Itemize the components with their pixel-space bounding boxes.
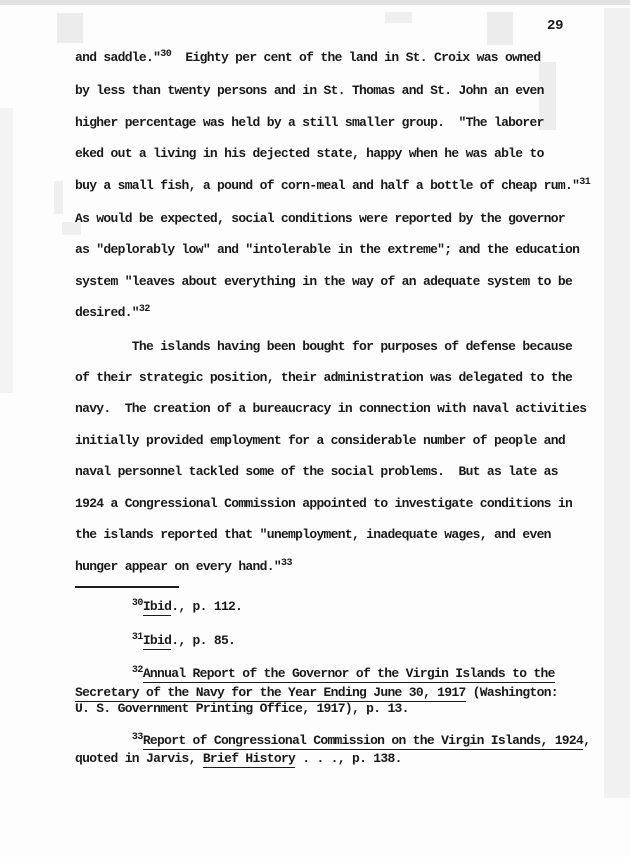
text-segment: ., p. 85. — [171, 633, 235, 648]
text-segment: (Washington: — [466, 685, 558, 700]
text-line: quoted in Jarvis, Brief History . . ., p… — [75, 751, 623, 768]
text-segment: and saddle." — [75, 50, 160, 65]
text-line: higher percentage was held by a still sm… — [75, 107, 615, 138]
scan-artifact — [57, 13, 83, 43]
footnote-entry: 31Ibid., p. 85. — [75, 633, 623, 652]
text-line: navy. The creation of a bureaucracy in c… — [75, 393, 615, 424]
text-line: Secretary of the Navy for the Year Endin… — [75, 685, 623, 702]
footnote-ref: 30 — [160, 49, 171, 60]
underlined-text: Annual Report of the Governor of the Vir… — [143, 666, 555, 683]
text-segment: ., p. 112. — [171, 599, 242, 614]
underlined-text: Ibid — [143, 633, 171, 650]
scan-artifact — [0, 108, 13, 393]
body-text: and saddle."30 Eighty per cent of the la… — [75, 42, 615, 584]
text-segment: navy. The creation of a bureaucracy in c… — [75, 401, 586, 416]
text-segment: system "leaves about everything in the w… — [75, 274, 572, 289]
footnote-ref: 33 — [132, 732, 143, 743]
text-segment: The islands having been bought for purpo… — [75, 339, 572, 354]
text-line: The islands having been bought for purpo… — [75, 331, 615, 362]
footnote-ref: 31 — [579, 177, 590, 188]
text-line: system "leaves about everything in the w… — [75, 266, 615, 297]
footnotes: 30Ibid., p. 112. 31Ibid., p. 85. 32Annua… — [75, 599, 623, 768]
text-line: desired."32 — [75, 297, 615, 330]
text-line: 1924 a Congressional Commission appointe… — [75, 488, 615, 519]
text-line: naval personnel tackled some of the soci… — [75, 456, 615, 487]
text-line: eked out a living in his dejected state,… — [75, 138, 615, 169]
text-segment — [75, 599, 132, 614]
underlined-text: Report of Congressional Commission on th… — [143, 733, 583, 750]
text-segment: eked out a living in his dejected state,… — [75, 146, 544, 161]
text-line: of their strategic position, their admin… — [75, 362, 615, 393]
footnote-ref: 33 — [281, 558, 292, 569]
text-segment: the islands reported that "unemployment,… — [75, 527, 551, 542]
text-segment: of their strategic position, their admin… — [75, 370, 572, 385]
underlined-text: Secretary of the Navy for the Year Endin… — [75, 685, 466, 702]
underlined-text: Ibid — [143, 599, 171, 616]
text-line: 32Annual Report of the Governor of the V… — [75, 666, 623, 685]
text-line: initially provided employment for a cons… — [75, 425, 615, 456]
footnote-ref: 31 — [132, 632, 143, 643]
text-line: as "deplorably low" and "intolerable in … — [75, 234, 615, 265]
text-segment: , — [583, 733, 590, 748]
text-segment: naval personnel tackled some of the soci… — [75, 464, 558, 479]
text-segment: 1924 a Congressional Commission appointe… — [75, 496, 572, 511]
scan-artifact — [385, 12, 412, 23]
text-segment — [75, 733, 132, 748]
text-segment — [75, 633, 132, 648]
text-segment: initially provided employment for a cons… — [75, 433, 565, 448]
scanned-document-page: 29 and saddle."30 Eighty per cent of the… — [0, 0, 630, 857]
text-line: buy a small fish, a pound of corn-meal a… — [75, 170, 615, 203]
footnote-entry: 32Annual Report of the Governor of the V… — [75, 666, 623, 718]
footnote-ref: 32 — [132, 665, 143, 676]
text-segment: buy a small fish, a pound of corn-meal a… — [75, 178, 579, 193]
text-line: and saddle."30 Eighty per cent of the la… — [75, 42, 615, 75]
text-line: 33Report of Congressional Commission on … — [75, 733, 623, 752]
text-line: As would be expected, social conditions … — [75, 203, 615, 234]
text-line: 30Ibid., p. 112. — [75, 599, 623, 618]
underlined-text: Brief History — [203, 751, 295, 768]
text-segment: . . ., p. 138. — [295, 751, 402, 766]
text-line: hunger appear on every hand."33 — [75, 551, 615, 584]
text-line: the islands reported that "unemployment,… — [75, 519, 615, 550]
footnote-entry: 30Ibid., p. 112. — [75, 599, 623, 618]
scan-artifact — [54, 181, 63, 214]
text-segment: Eighty per cent of the land in St. Croix… — [171, 50, 540, 65]
text-segment: hunger appear on every hand." — [75, 559, 281, 574]
text-segment: desired." — [75, 305, 139, 320]
text-segment: by less than twenty persons and in St. T… — [75, 83, 544, 98]
text-segment: quoted in Jarvis, — [75, 751, 203, 766]
footnote-ref: 32 — [139, 304, 150, 315]
scan-artifact — [487, 12, 513, 45]
scan-artifact — [0, 0, 630, 5]
text-segment — [75, 666, 132, 681]
text-segment: U. S. Government Printing Office, 1917),… — [75, 701, 409, 716]
footnote-ref: 30 — [132, 598, 143, 609]
text-segment: higher percentage was held by a still sm… — [75, 115, 544, 130]
text-segment: as "deplorably low" and "intolerable in … — [75, 242, 579, 257]
page-number: 29 — [547, 18, 563, 34]
text-line: 31Ibid., p. 85. — [75, 633, 623, 652]
text-line: by less than twenty persons and in St. T… — [75, 75, 615, 106]
text-segment: As would be expected, social conditions … — [75, 211, 565, 226]
footnote-entry: 33Report of Congressional Commission on … — [75, 733, 623, 768]
text-line: U. S. Government Printing Office, 1917),… — [75, 701, 623, 718]
footnote-separator — [75, 586, 179, 588]
